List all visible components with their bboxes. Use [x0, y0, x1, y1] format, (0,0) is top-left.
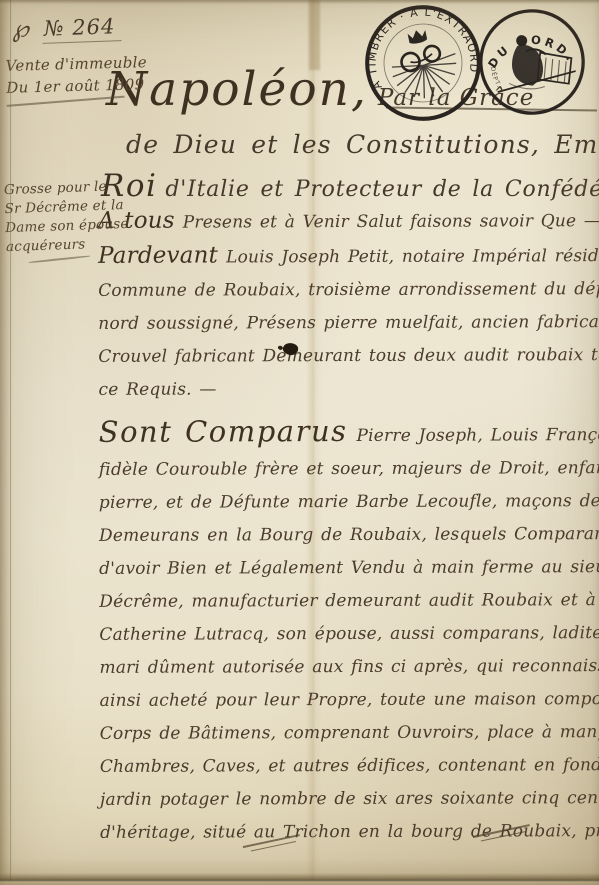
invocatio-line3: Roid'Italie et Protecteur de la Confédér… — [101, 168, 599, 204]
body-line: Sont ComparusPierre Joseph, Louis Franço… — [99, 414, 597, 454]
body-line: Catherine Lutracq, son épouse, aussi com… — [99, 617, 597, 652]
line-text: mari dûment autorisée aux fins ci après,… — [99, 656, 599, 678]
line-text: Presens et à Venir Salut faisons savoir … — [183, 211, 599, 232]
nord-stamp-side-text: DÉPT. — [489, 66, 503, 90]
binding-crease-line — [10, 0, 11, 885]
line-text: ainsi acheté pour leur Propre, toute une… — [100, 689, 599, 711]
act-body: A tousPresens et à Venir Salut faisons s… — [98, 203, 598, 850]
margin-note-sale-line2: Du 1er août 1809 — [6, 73, 148, 99]
line-text: Pierre Joseph, Louis François, et Consta… — [356, 425, 599, 446]
line-text: fidèle Courouble frère et soeur, majeurs… — [99, 458, 599, 480]
line-text: nord soussigné, Présens pierre muelfait,… — [98, 312, 599, 334]
notary-paraph: ℘ — [12, 14, 31, 43]
invocatio-roi-rest: d'Italie et Protecteur de la Confédérati… — [165, 177, 599, 202]
line-text: Crouvel fabricant Demeurant tous deux au… — [98, 345, 599, 367]
body-line: ce Requis. — — [98, 372, 596, 407]
line-text: ce Requis. — — [98, 379, 216, 399]
line-text: Décrême, manufacturier demeurant audit R… — [99, 590, 599, 612]
body-line: Corps de Bâtimens, comprenant Ouvroirs, … — [100, 716, 598, 751]
line-text: Demeurans en la Bourg de Roubaix, lesque… — [99, 524, 599, 546]
line-text: Commune de Roubaix, troisième arrondisse… — [98, 279, 599, 301]
body-line: d'avoir Bien et Légalement Vendu à main … — [99, 551, 597, 586]
body-line: nord soussigné, Présens pierre muelfait,… — [98, 306, 596, 341]
line-text: Chambres, Caves, et autres édifices, con… — [100, 755, 599, 777]
margin-note-sale: Vente d'immeuble Du 1er août 1809 — [5, 51, 147, 103]
body-line: Chambres, Caves, et autres édifices, con… — [100, 749, 598, 784]
body-line: Crouvel fabricant Demeurant tous deux au… — [98, 339, 596, 374]
binding-gutter — [0, 0, 14, 885]
body-line: ainsi acheté pour leur Propre, toute une… — [100, 683, 598, 718]
svg-text:DÉPT.: DÉPT. — [489, 66, 503, 90]
body-line: Commune de Roubaix, troisième arrondisse… — [98, 273, 596, 308]
line-text: d'avoir Bien et Légalement Vendu à main … — [99, 557, 599, 579]
body-line: jardin potager le nombre de six ares soi… — [100, 782, 598, 817]
body-line: A tousPresens et à Venir Salut faisons s… — [98, 203, 596, 240]
fold-crease-top — [309, 0, 320, 70]
margin-note-grosse-line4: acquéreurs — [6, 234, 130, 257]
folio-number-block: ℘№ 264 — [12, 11, 122, 43]
line-text: jardin potager le nombre de six ares soi… — [100, 788, 599, 810]
line-text: Louis Joseph Petit, notaire Impérial rés… — [226, 246, 599, 268]
body-line: PardevantLouis Joseph Petit, notaire Imp… — [98, 238, 596, 275]
body-line: pierre, et de Défunte marie Barbe Lecouf… — [99, 485, 597, 520]
line-text: pierre, et de Défunte marie Barbe Lecouf… — [99, 491, 599, 513]
line-lead: Sont Comparus — [99, 414, 348, 449]
page-bottom-edge — [0, 873, 599, 885]
body-line: Demeurans en la Bourg de Roubaix, lesque… — [99, 518, 597, 553]
body-line: Décrême, manufacturier demeurant audit R… — [99, 584, 597, 619]
act-number: № 264 — [41, 14, 122, 44]
page-top-edge — [0, 0, 599, 4]
margin-note-grosse: Grosse pour le Sr Décrême et la Dame son… — [4, 177, 130, 262]
body-line: fidèle Courouble frère et soeur, majeurs… — [99, 452, 597, 487]
line-text: Corps de Bâtimens, comprenant Ouvroirs, … — [100, 722, 599, 744]
nord-department-stamp-icon: DU NORD. DÉPT. — [473, 3, 590, 120]
manuscript-page: ℘№ 264 Vente d'immeuble Du 1er août 1809… — [0, 0, 599, 885]
line-text: Catherine Lutracq, son épouse, aussi com… — [99, 623, 599, 645]
invocatio-line2: de Dieu et les Constitutions, Empereur d… — [126, 130, 599, 159]
body-line: mari dûment autorisée aux fins ci après,… — [99, 650, 597, 685]
